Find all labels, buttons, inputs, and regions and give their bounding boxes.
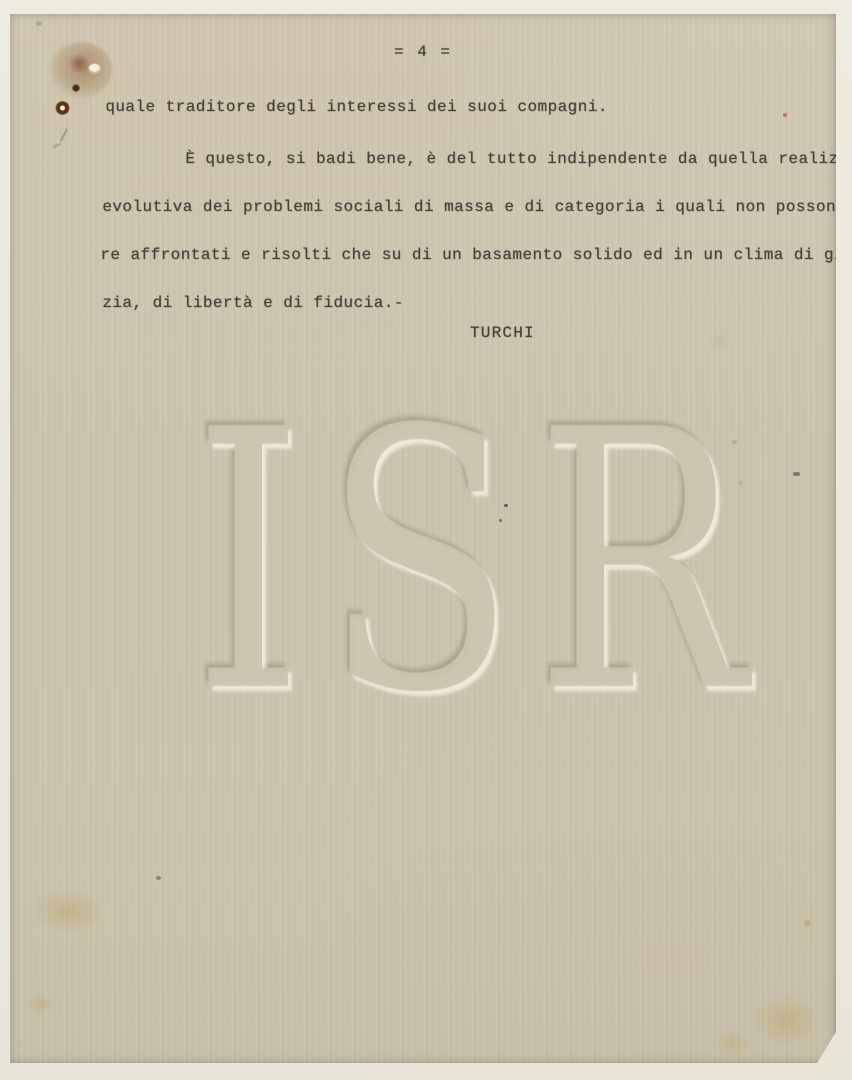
page-number: = 4 = xyxy=(10,43,836,61)
foxing-stain xyxy=(30,890,104,932)
speck xyxy=(732,440,737,444)
pencil-mark xyxy=(53,143,62,149)
typed-line-2-text: È questo, si badi bene, è del tutto indi… xyxy=(185,150,852,168)
signature-name: TURCHI xyxy=(470,324,535,342)
speck xyxy=(504,504,508,507)
document-page: ISR ISR ISR = 4 = quale traditore degli … xyxy=(10,14,836,1063)
embossed-watermark: ISR ISR ISR xyxy=(193,384,833,764)
speck xyxy=(738,481,743,485)
typed-line-3-text: evolutiva dei problemi sociali di massa … xyxy=(102,198,852,216)
foxing-stain xyxy=(754,996,818,1046)
foxing-stain xyxy=(716,1030,750,1056)
speck xyxy=(783,113,787,117)
watermark-face-layer: ISR xyxy=(193,384,766,742)
watermark-highlight-layer: ISR xyxy=(197,389,770,747)
speck xyxy=(36,21,42,26)
typed-line-3: evolutiva dei problemi sociali di massa … xyxy=(42,180,852,234)
paper-hole xyxy=(89,64,100,73)
typed-line-5: zia, di libertà e di fiducia.- xyxy=(42,276,404,330)
typed-line-2: È questo, si badi bene, è del tutto indi… xyxy=(125,132,852,186)
speck xyxy=(803,919,812,927)
speck xyxy=(793,472,800,476)
speck xyxy=(499,519,502,522)
typed-line-4: re affrontati e risolti che su di un bas… xyxy=(40,228,852,282)
speck xyxy=(156,876,161,880)
foxing-stain xyxy=(28,994,54,1014)
typed-line-1: quale traditore degli interessi dei suoi… xyxy=(45,80,608,134)
foxing-stain xyxy=(710,334,730,348)
typed-line-5-text: zia, di libertà e di fiducia.- xyxy=(102,294,404,312)
scan-background: ISR ISR ISR = 4 = quale traditore degli … xyxy=(0,0,852,1080)
typed-line-1-text: quale traditore degli interessi dei suoi… xyxy=(105,98,608,116)
watermark-shadow-layer: ISR xyxy=(190,380,763,738)
typed-line-4-text: re affrontati e risolti che su di un bas… xyxy=(100,246,852,264)
